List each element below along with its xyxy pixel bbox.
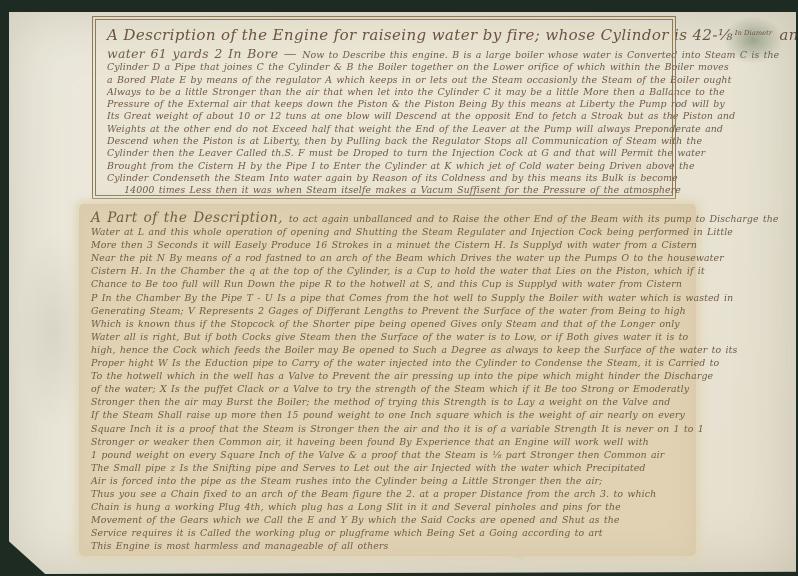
manuscript-line: 14000 times Less then it was when Steam … (107, 185, 664, 197)
manuscript-line: Pressure of the External air that keeps … (107, 99, 664, 111)
manuscript-line: Square Inch it is a proof that the Steam… (91, 423, 697, 436)
manuscript-line: Cistern H. In the Chamber the q at the t… (91, 265, 697, 278)
manuscript-line: The Small pipe z Is the Snifting pipe an… (91, 462, 697, 475)
manuscript-line: Cylinder then the Leaver Called th.S. F … (107, 148, 664, 160)
section2-heading-rest: to act again unballanced and to Raise th… (289, 214, 779, 225)
manuscript-line: a Bored Plate E by means of the regulato… (107, 75, 664, 87)
title-text-part2: and raises the (774, 26, 798, 44)
manuscript-line: Cylinder Condenseth the Steam Into water… (107, 173, 664, 185)
manuscript-paper: A Description of the Engine for raiseing… (9, 12, 796, 574)
manuscript-line: Air is forced into the pipe as the Steam… (91, 475, 697, 488)
manuscript-line: Thus you see a Chain fixed to an arch of… (91, 488, 697, 501)
manuscript-line: of the water; X Is the puffet Clack or a… (91, 383, 697, 396)
manuscript-line: Its Great weight of about 10 or 12 tuns … (107, 111, 664, 123)
part-of-description-section: A Part of the Description, to act again … (91, 212, 697, 553)
manuscript-line: high, hence the Cock which feeds the Boi… (91, 344, 697, 357)
manuscript-line: This Engine is most harmless and managea… (91, 540, 697, 553)
manuscript-line: Proper hight W Is the Eduction pipe to C… (91, 357, 697, 370)
manuscript-line: Water at L and this whole operation of o… (91, 226, 697, 239)
manuscript-line: Stronger then the air may Burst the Boil… (91, 396, 697, 409)
section2-heading-text: A Part of the Description, (91, 210, 289, 226)
manuscript-line: Near the pit N By means of a rod fastned… (91, 252, 697, 265)
manuscript-line: Chain is hung a working Plug 4th, which … (91, 501, 697, 514)
manuscript-line: Which is known thus if the Stopcock of t… (91, 318, 697, 331)
line2-lead-text: water 61 yards 2 In Bore — (107, 46, 302, 61)
manuscript-line: Generating Steam; V Represents 2 Gages o… (91, 305, 697, 318)
manuscript-line: More then 3 Seconds it will Easely Produ… (91, 239, 697, 252)
manuscript-line: P In the Chamber By the Pipe T - U Is a … (91, 292, 697, 305)
manuscript-line: Service requires it is Called the workin… (91, 527, 697, 540)
section2-heading-line: A Part of the Description, to act again … (91, 212, 697, 226)
manuscript-line: To the hotwell which in the well has a V… (91, 370, 697, 383)
section2-body-lines: Water at L and this whole operation of o… (91, 226, 697, 553)
manuscript-line: 1 pound weight on every Square Inch of t… (91, 449, 697, 462)
manuscript-line: Cylinder D a Pipe that joines C the Cyli… (107, 62, 664, 74)
manuscript-line: Movement of the Gears which we Call the … (91, 514, 697, 527)
line2-rest-text: Now to Describe this engine. B is a larg… (302, 50, 779, 61)
title-text-part1: A Description of the Engine for raiseing… (107, 26, 733, 44)
section1-body-lines: Cylinder D a Pipe that joines C the Cyli… (107, 62, 664, 197)
photograph-of-manuscript: { "colors":{ "background":"#1e2b22", "pa… (0, 0, 798, 576)
manuscript-line: Brought from the Cistern H by the Pipe I… (107, 161, 664, 173)
framed-description-section: A Description of the Engine for raiseing… (95, 19, 673, 196)
manuscript-line: If the Steam Shall raise up more then 15… (91, 409, 697, 422)
manuscript-line: Weights at the other end do not Exceed h… (107, 124, 664, 136)
manuscript-line: Chance to Be too full will Run Down the … (91, 278, 697, 291)
manuscript-line: Water all is right, But if both Cocks gi… (91, 331, 697, 344)
manuscript-line: Descend when the Piston is at Liberty, t… (107, 136, 664, 148)
section1-line-2: water 61 yards 2 In Bore — Now to Descri… (107, 48, 664, 62)
title-superscript-diameter: In Diametr (735, 29, 772, 37)
manuscript-line: Stronger or weaker then Common air, it h… (91, 436, 697, 449)
manuscript-line: Always to be a little Stronger than the … (107, 87, 664, 99)
section1-title: A Description of the Engine for raiseing… (107, 25, 664, 48)
